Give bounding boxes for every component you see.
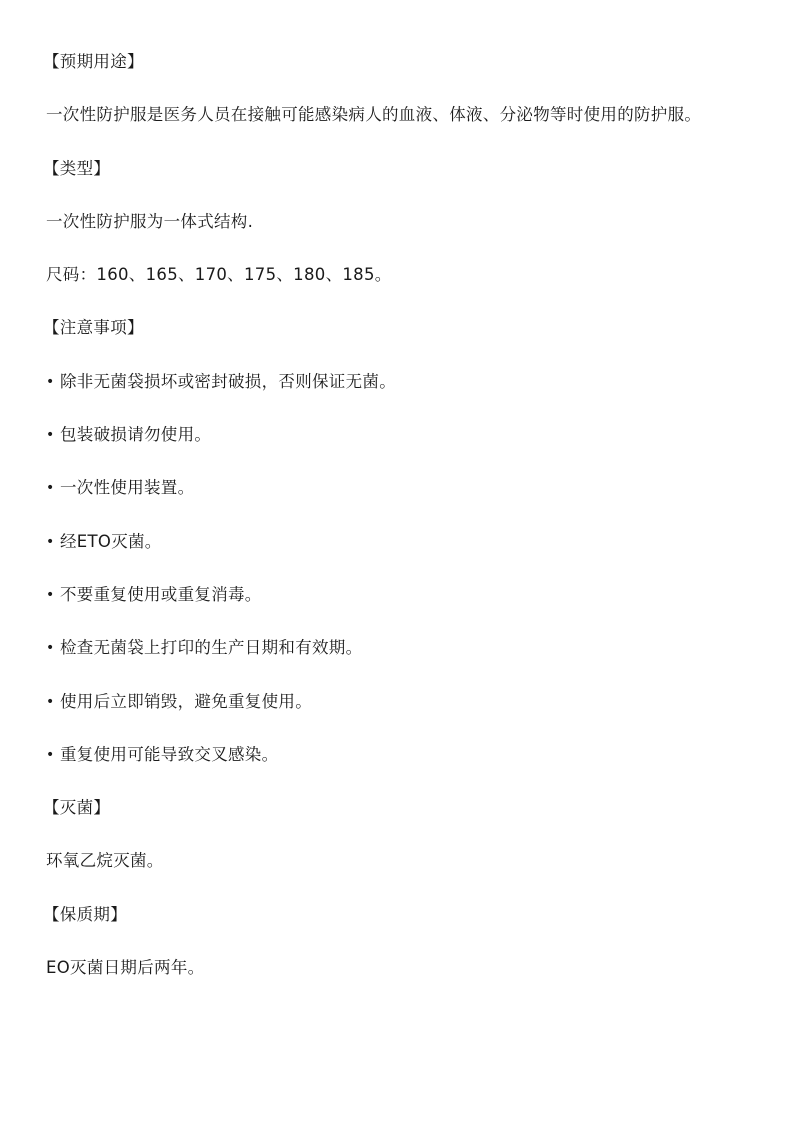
bullet-icon: • [46,476,60,500]
precaution-text: 使用后立即销毁，避免重复使用。 [60,692,312,711]
section-heading-precautions: 【注意事项】 [43,316,766,369]
precaution-text: 包装破损请勿使用。 [60,425,211,444]
precaution-text: 不要重复使用或重复消毒。 [60,585,262,604]
document-body: 【预期用途】 一次性防护服是医务人员在接触可能感染病人的血液、体液、分泌物等时使… [46,50,766,1009]
section-heading-sterilization: 【灭菌】 [43,796,766,849]
precaution-text: 一次性使用装置。 [60,478,194,497]
bullet-icon: • [46,583,60,607]
sterilization-paragraph: 环氧乙烷灭菌。 [46,849,766,902]
precaution-item: •包装破损请勿使用。 [46,423,766,476]
precaution-item: •检查无菌袋上打印的生产日期和有效期。 [46,636,766,689]
precaution-item: •除非无菌袋损坏或密封破损，否则保证无菌。 [46,370,766,423]
shelf-life-paragraph: EO灭菌日期后两年。 [46,956,766,1009]
precaution-text: 经ETO灭菌。 [60,532,162,551]
bullet-icon: • [46,636,60,660]
intended-use-paragraph: 一次性防护服是医务人员在接触可能感染病人的血液、体液、分泌物等时使用的防护服。 [46,103,766,156]
precaution-item: •重复使用可能导致交叉感染。 [46,743,766,796]
precaution-item: •不要重复使用或重复消毒。 [46,583,766,636]
bullet-icon: • [46,530,60,554]
bullet-icon: • [46,370,60,394]
sizes-paragraph: 尺码：160、165、170、175、180、185。 [46,263,766,316]
section-heading-shelf-life: 【保质期】 [43,903,766,956]
bullet-icon: • [46,423,60,447]
precaution-text: 除非无菌袋损坏或密封破损，否则保证无菌。 [60,372,396,391]
section-heading-type: 【类型】 [43,157,766,210]
precaution-item: •一次性使用装置。 [46,476,766,529]
bullet-icon: • [46,690,60,714]
type-paragraph: 一次性防护服为一体式结构. [46,210,766,263]
bullet-icon: • [46,743,60,767]
precaution-item: •使用后立即销毁，避免重复使用。 [46,690,766,743]
precaution-text: 重复使用可能导致交叉感染。 [60,745,278,764]
section-heading-intended-use: 【预期用途】 [43,50,766,103]
precaution-item: •经ETO灭菌。 [46,530,766,583]
precaution-text: 检查无菌袋上打印的生产日期和有效期。 [60,638,362,657]
